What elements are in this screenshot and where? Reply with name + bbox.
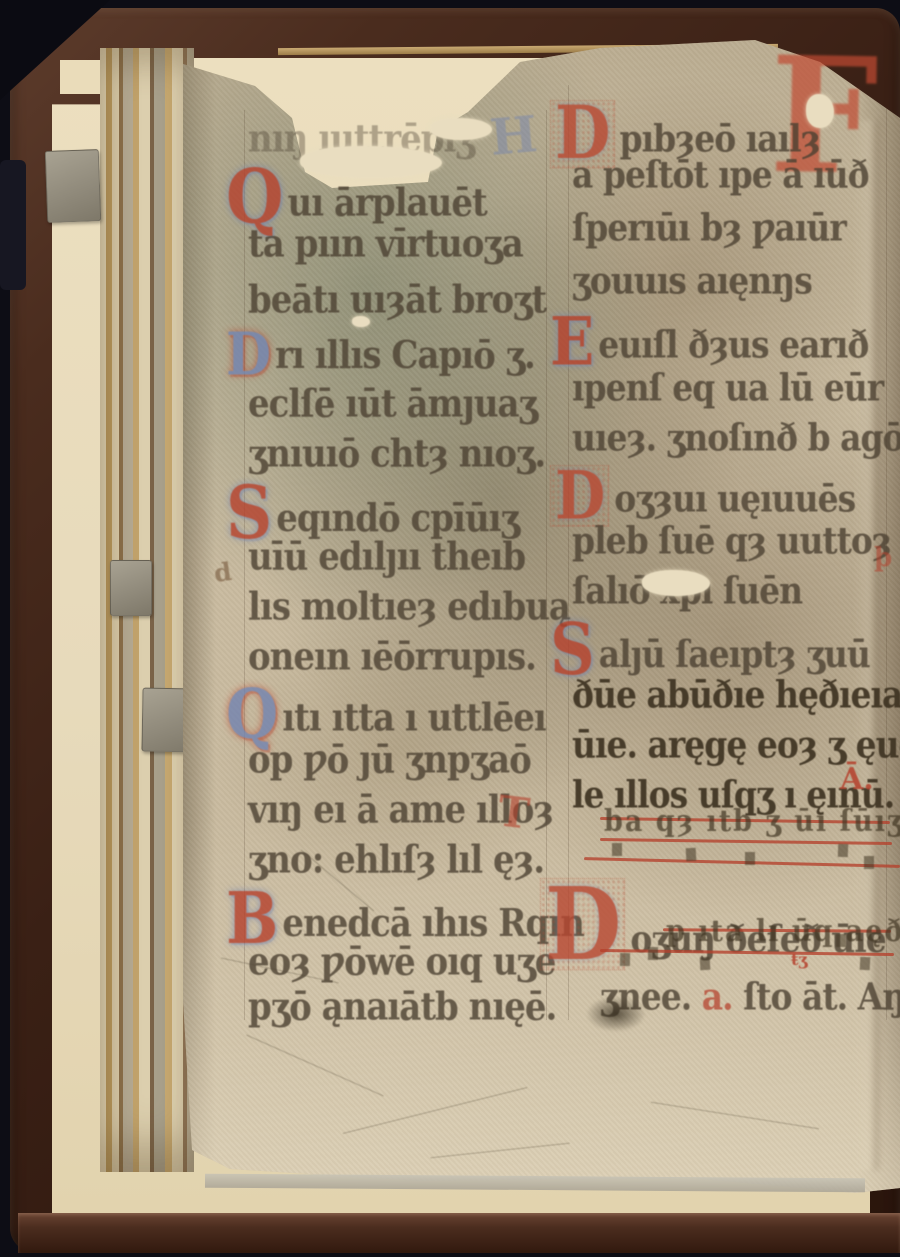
text-line-left: ʒno: ehlıſȝ lıl ęȝ.	[248, 837, 544, 883]
text-segment: pleb ſuē qȝ uuttoȝ	[572, 518, 891, 562]
text-segment: op ƿō ȷū ʒnpʒaō	[248, 737, 531, 783]
text-line-right: ðūe abūðıe hęðıeıa	[572, 672, 900, 716]
neume-mark	[620, 953, 630, 966]
text-segment: pʒō ąnaıātb nıęē.	[248, 984, 556, 1030]
text-segment: ſto āt. Aŋū.	[733, 974, 900, 1018]
text-line-right: uıeȝ. ʒnoſınð b agō.	[572, 415, 900, 459]
illuminated-initial-D: D	[540, 878, 625, 971]
text-line-left: ta pıın vīrtuoʒa	[248, 221, 523, 267]
text-segment: oneın ıēōrrupıs.	[248, 634, 536, 680]
vellum-crack	[651, 1102, 819, 1130]
text-line-left: lıs moltıeȝ edıbuą	[248, 584, 570, 630]
margin-mark-T: T	[495, 786, 532, 838]
neume-mark	[838, 844, 848, 857]
neume-mark	[836, 934, 846, 947]
text-line-left: eclſē ıūt āmȷuaʒ	[248, 381, 537, 427]
text-segment: eclſē ıūt āmȷuaʒ	[248, 381, 537, 427]
text-segment: eoȝ ƿōwē oıq uʒe	[248, 939, 555, 985]
text-line-left: Drı ıllıs Capıō ʒ.	[226, 329, 535, 382]
damage-patch	[642, 570, 710, 596]
text-segment: alȷū ſaeıptȝ ʒuū	[599, 632, 870, 676]
damage-patch	[430, 118, 492, 140]
text-line-left: beātı uıȝāt broʒt	[248, 277, 546, 323]
neume-mark	[686, 848, 697, 862]
text-segment: rı ıllıs Capıō ʒ.	[275, 332, 535, 378]
text-segment: ʒno: ehlıſȝ lıl ęȝ.	[248, 837, 544, 883]
neume-mark	[612, 843, 622, 856]
margin-mark-xx: ŧʒ	[791, 950, 807, 969]
text-segment: beātı uıȝāt broʒt	[248, 277, 546, 323]
text-segment: ūıe. aręgę eoȝ ʒ ęuol	[572, 722, 900, 766]
illuminated-initial-E: E	[550, 312, 593, 371]
text-line-right: Eeuıſl ðȝus earıð	[550, 312, 868, 371]
margin-mark-H: H	[488, 104, 540, 167]
text-line-left: eoȝ ƿōwē oıq uʒe	[248, 939, 555, 985]
text-line-left: uīū edılȷıı theıb	[248, 534, 525, 580]
text-segment: a peſtōt ıpe ā ıūð	[572, 152, 869, 196]
parchment-tab	[110, 560, 152, 616]
text-segment: ıtı ıtta ı uttlēeı	[282, 695, 546, 741]
vellum-crack	[343, 1087, 528, 1134]
text-segment: ſperıūı bȝ ƿaıūr	[572, 205, 846, 249]
neume-notation: p ıta lı ūq aęð	[666, 914, 900, 948]
background-edge-patch	[0, 160, 26, 290]
illuminated-initial-D: D	[226, 329, 270, 382]
text-segment: uıeȝ. ʒnoſınð b agō.	[572, 415, 900, 459]
rubric-text: a.	[702, 974, 733, 1018]
damage-patch	[300, 146, 442, 178]
neume-notation: ba qȝ ıtb ʒ ūı ſūıʒ	[604, 804, 900, 838]
text-segment: lıs moltıeȝ edıbuą	[248, 584, 570, 630]
text-segment: ʒnıuıō chtȝ nıoʒ.	[248, 431, 545, 477]
margin-mark-xx: Ā.	[840, 762, 874, 797]
neume-mark	[700, 957, 711, 971]
ink-blot	[586, 996, 646, 1032]
text-line-left: pʒō ąnaıātb nıęē.	[248, 984, 556, 1030]
text-segment: ʒouuıs aıęnŋs	[572, 258, 812, 302]
text-segment: uı ārplauēt	[288, 180, 487, 226]
text-line-right: ıpenſ eq ua lū eūr	[572, 365, 883, 409]
text-line-left: op ƿō ȷū ʒnpʒaō	[248, 737, 531, 783]
text-segment: ta pıın vīrtuoʒa	[248, 221, 523, 267]
damage-patch	[806, 94, 834, 128]
text-line-right: a peſtōt ıpe ā ıūð	[572, 152, 869, 196]
book-binding-bottom	[18, 1213, 900, 1253]
neume-mark	[745, 852, 755, 865]
text-line-right: ʒouuıs aıęnŋs	[572, 258, 812, 302]
neume-mark	[860, 957, 871, 971]
damage-patch	[352, 316, 370, 327]
parchment-tab	[45, 149, 101, 223]
margin-mark-x: þ	[874, 543, 892, 573]
text-line-right: ūıe. aręgę eoȝ ʒ ęuol	[572, 722, 900, 766]
text-segment: ðūe abūðıe hęðıeıa	[572, 672, 900, 716]
neume-mark	[648, 947, 658, 960]
text-segment: euıſl ðȝus earıð	[598, 322, 868, 366]
text-line-right: ſperıūı bȝ ƿaıūr	[572, 205, 846, 249]
text-line-right: pleb ſuē qȝ uuttoȝ	[572, 518, 891, 562]
neume-mark	[864, 856, 874, 869]
text-line-left: oneın ıēōrrupıs.	[248, 634, 536, 680]
manuscript-photo: F nıŋ ıuttrēpıʒQuı ārplauētta pıın vīrtu…	[0, 0, 900, 1257]
text-segment: uīū edılȷıı theıb	[248, 534, 525, 580]
text-line-left: ʒnıuıō chtȝ nıoʒ.	[248, 431, 545, 477]
vellum-crack	[430, 1143, 569, 1159]
text-segment: oʒȝuı uęıuuēs	[614, 476, 855, 520]
text-segment: ıpenſ eq ua lū eūr	[572, 365, 883, 409]
vellum-crack	[246, 1035, 383, 1097]
